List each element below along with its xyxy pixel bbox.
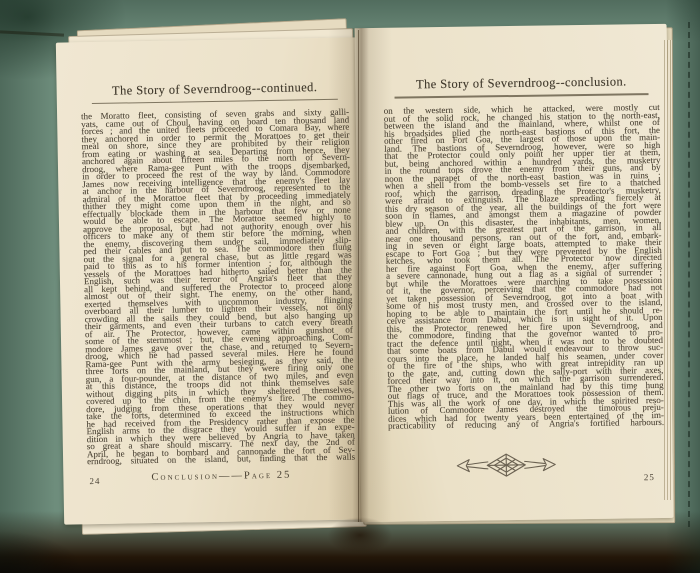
right-page: The Story of Severndroog--conclusion. on… [355, 24, 674, 522]
cover-stitching [688, 22, 690, 527]
left-page-body-text: the Moratto fleet, consisting of seven g… [81, 109, 355, 466]
right-page-body-text: on the western side, which he attacked, … [384, 104, 664, 430]
left-page: The Story of Severndroog--continued. the… [56, 37, 366, 524]
header-rule [92, 99, 339, 104]
left-page-number: 24 [89, 476, 100, 486]
tailpiece-ornament-icon [454, 447, 559, 487]
left-page-header: The Story of Severndroog--continued. [81, 80, 349, 100]
book-photo: The Story of Severndroog--continued. the… [0, 0, 700, 573]
header-rule [395, 93, 649, 99]
cover-wear-seam [0, 30, 64, 36]
right-page-number: 25 [644, 472, 655, 482]
left-page-footer-note: Conclusion——Page 25 [87, 468, 355, 484]
right-page-header: The Story of Severndroog--conclusion. [383, 74, 659, 93]
